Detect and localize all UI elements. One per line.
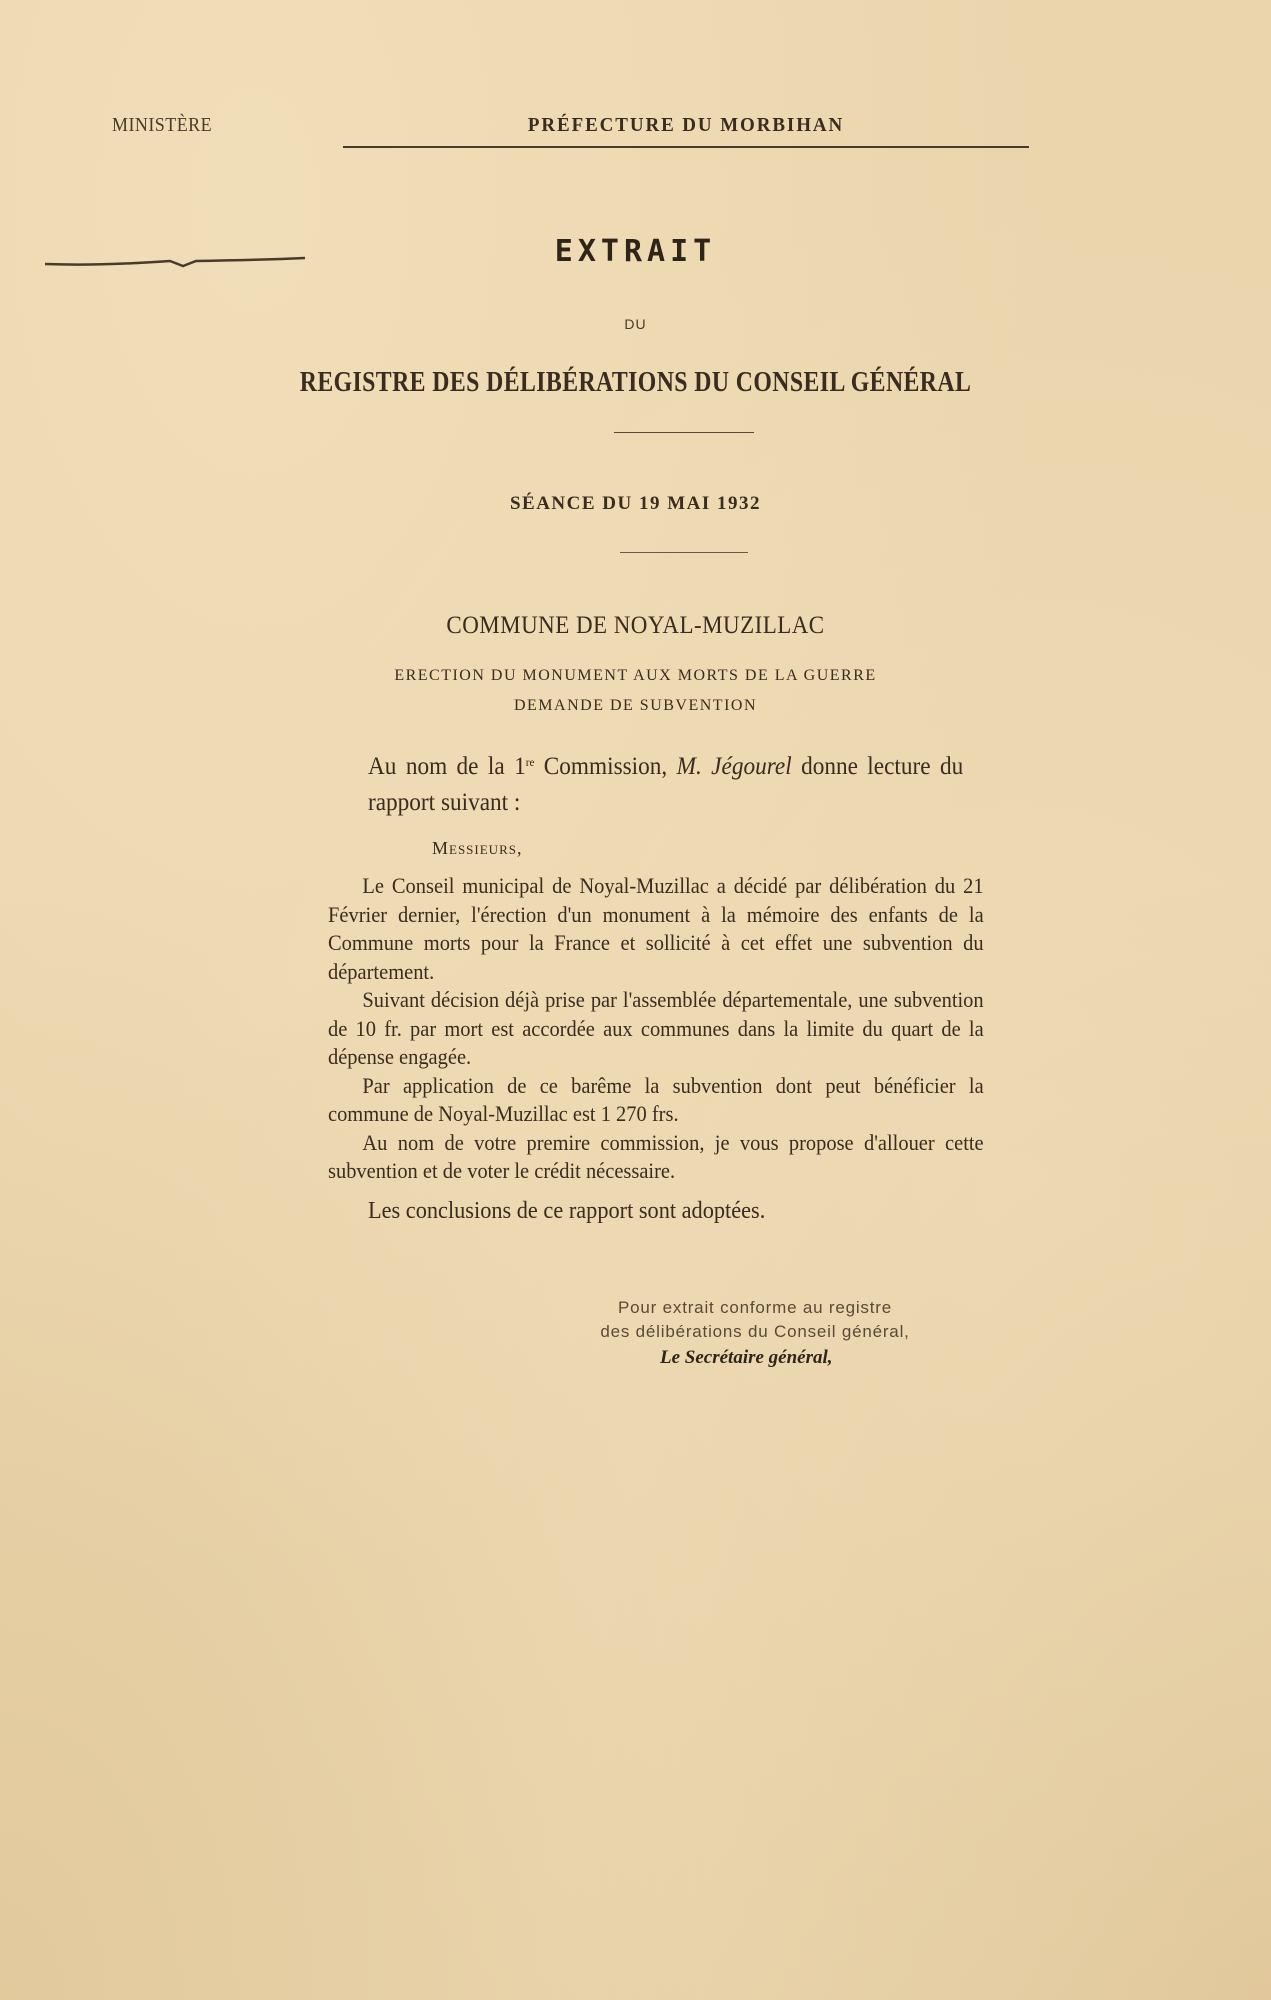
commune-heading: COMMUNE DE NOYAL-MUZILLAC	[51, 612, 1220, 640]
salutation: Messieurs,	[432, 838, 522, 859]
extrait-title: EXTRAIT	[0, 234, 1271, 269]
report-body: Le Conseil municipal de Noyal-Muzillac a…	[328, 872, 984, 1186]
certification-block: Pour extrait conforme au registre des dé…	[545, 1296, 965, 1344]
du-label: DU	[0, 316, 1271, 332]
subject-line-1: ERECTION DU MONUMENT AUX MORTS DE LA GUE…	[0, 667, 1271, 685]
report-paragraph: Le Conseil municipal de Noyal-Muzillac a…	[328, 872, 984, 986]
intro-prefix: Au nom de la 1	[368, 753, 526, 780]
conclusion-text: Les conclusions de ce rapport sont adopt…	[368, 1198, 765, 1225]
report-paragraph: Par application de ce barême la subventi…	[328, 1072, 984, 1129]
certification-line-2: des délibérations du Conseil général,	[545, 1320, 965, 1344]
registre-heading: REGISTRE DES DÉLIBÉRATIONS DU CONSEIL GÉ…	[114, 366, 1156, 399]
report-paragraph: Au nom de votre premire commission, je v…	[328, 1129, 984, 1186]
signatory-title: Le Secrétaire général,	[660, 1347, 833, 1369]
header-rule	[343, 146, 1029, 148]
seance-date: SÉANCE DU 19 MAI 1932	[0, 493, 1271, 515]
ministere-label: MINISTÈRE	[112, 114, 212, 137]
ordinal-superscript: re	[526, 755, 535, 769]
speaker-name: M. Jégourel	[677, 753, 792, 780]
certification-line-1: Pour extrait conforme au registre	[545, 1296, 965, 1320]
prefecture-heading: PRÉFECTURE DU MORBIHAN	[362, 114, 1010, 137]
title-rule	[614, 432, 754, 433]
intro-paragraph: Au nom de la 1re Commission, M. Jégourel…	[368, 744, 963, 821]
subject-line-2: DEMANDE DE SUBVENTION	[0, 697, 1271, 715]
report-paragraph: Suivant décision déjà prise par l'assemb…	[328, 986, 984, 1072]
seance-rule	[620, 552, 748, 553]
intro-middle: Commission,	[534, 753, 676, 780]
